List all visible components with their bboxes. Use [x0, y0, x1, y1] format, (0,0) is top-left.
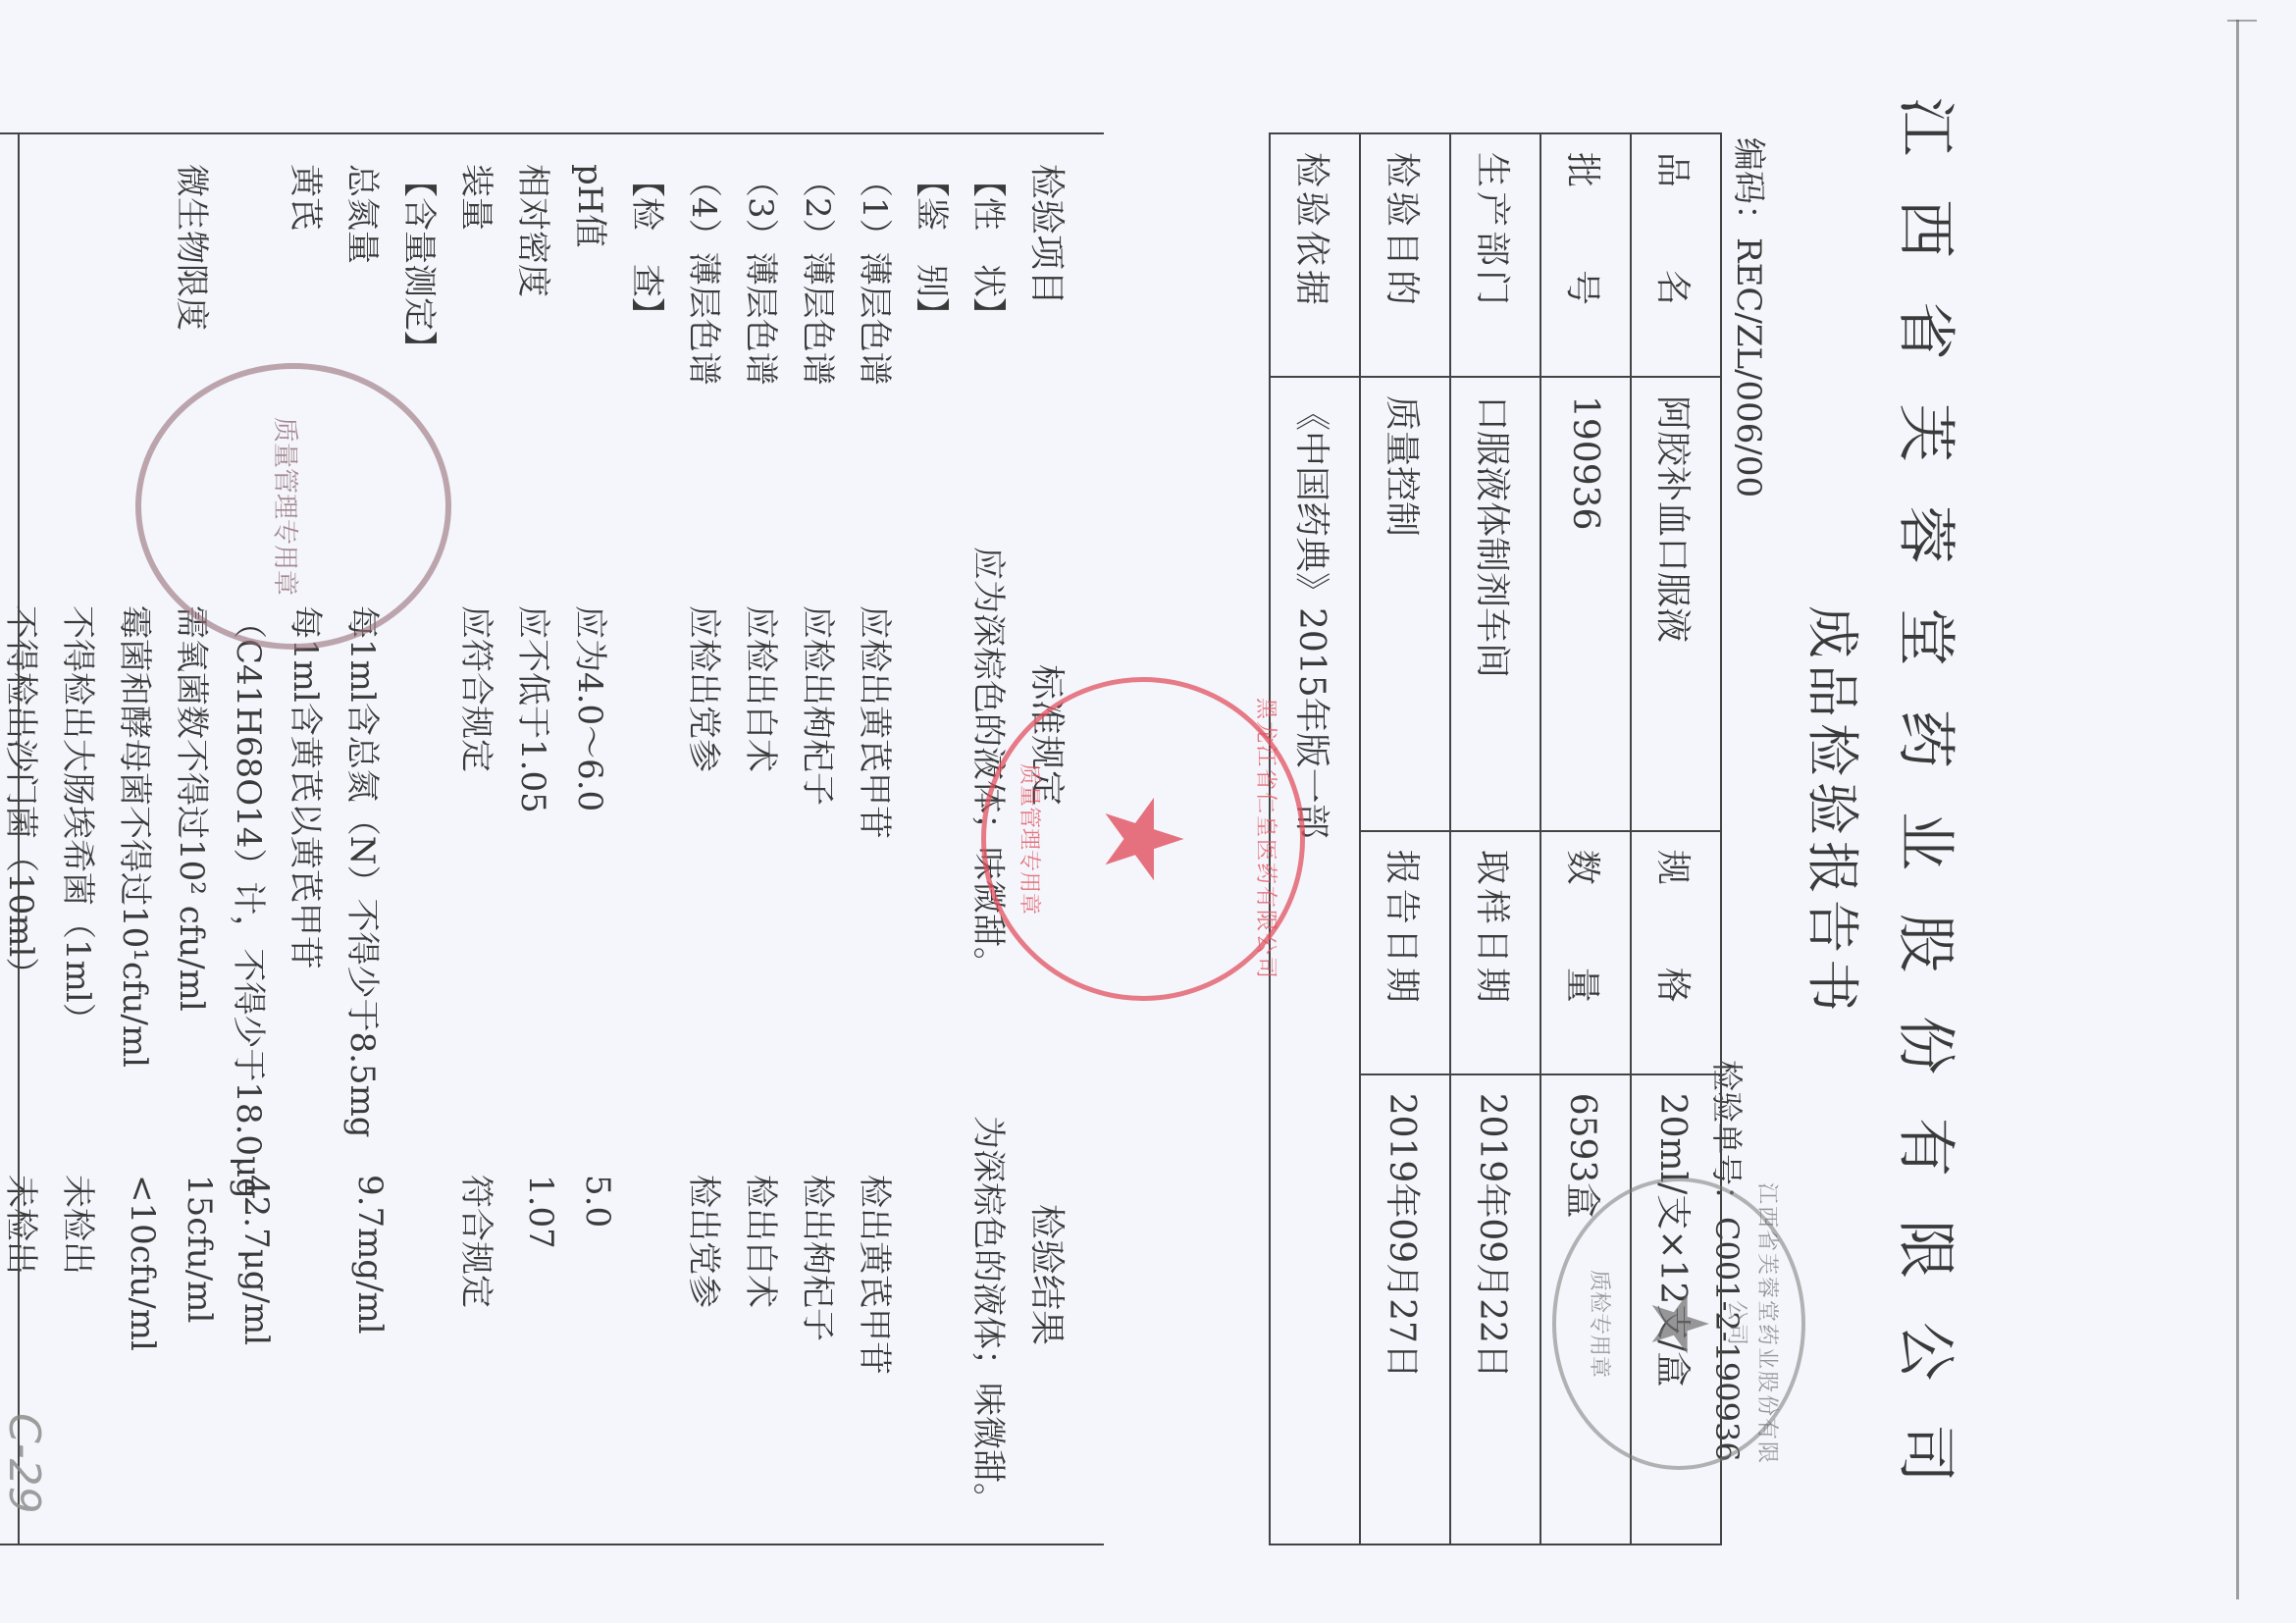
col-item-header: 检验项目	[1024, 164, 1074, 305]
result-result: 检出党参	[683, 1175, 731, 1308]
info-row: 生产部门 口服液体制剂车间 取样日期 2019年09月22日	[1450, 133, 1540, 1544]
doc-code: 编码：REC/ZL/006/00	[1728, 137, 1776, 497]
result-item: 【鉴 别】	[911, 164, 959, 331]
result-result: <10cfu/ml	[123, 1175, 162, 1351]
result-standard: 应检出白术	[740, 605, 788, 772]
handwritten-note: C-29	[0, 1413, 49, 1514]
result-standard: 应不低于1.05	[512, 605, 560, 813]
report-date: 2019年09月27日	[1360, 1074, 1450, 1544]
basis: 《中国药典》2015年版一部	[1270, 377, 1360, 1544]
result-standard: 每1ml含总氮（N）不得少于8.5mg	[341, 605, 390, 1138]
col-result-header: 检验结果	[1024, 1204, 1074, 1345]
result-result: 检出黄芪甲苷	[854, 1175, 902, 1375]
result-item: （4）薄层色谱	[683, 164, 731, 386]
result-result: 为深棕色的液体；味微甜。	[967, 1116, 1016, 1516]
result-result: 符合规定	[455, 1175, 503, 1308]
report-title: 成品检验报告书	[1799, 0, 1874, 1623]
result-item: 总氮量	[341, 164, 390, 264]
result-item: 黄芪	[285, 164, 333, 231]
result-result: 9.7mg/ml	[350, 1175, 390, 1335]
result-item: 【性 状】	[967, 164, 1016, 331]
result-standard: 每1ml含黄芪以黄芪甲苷	[285, 605, 333, 969]
gray-company-stamp: 江西省芙蓉堂药业股份有限公司 ★ 质检专用章	[1552, 1178, 1805, 1470]
result-standard: （C41H68O14）计，不得少于18.0μg	[228, 605, 276, 1199]
result-result: 42.7μg/ml	[236, 1175, 276, 1345]
sample-date: 2019年09月22日	[1450, 1074, 1540, 1544]
result-standard: 不得检出大肠埃希菌（1ml）	[57, 605, 105, 1036]
result-item: 装量	[455, 164, 503, 231]
result-result: 15cfu/ml	[180, 1175, 219, 1323]
conclusion: 结论：本品按《中国药典》2015年版一部检验，结果符合规定。	[0, 132, 20, 1545]
result-result: 检出白术	[740, 1175, 788, 1308]
result-item: 【检 查】	[626, 164, 674, 331]
result-standard: 应符合规定	[455, 605, 503, 772]
results-section: 检验项目 标准规定 检验结果 【性 状】应为深棕色的液体；味微甜。为深棕色的液体…	[0, 132, 1104, 1545]
purpose: 质量控制	[1360, 377, 1450, 831]
result-item: pH值	[569, 164, 617, 247]
result-standard: 应为4.0～6.0	[569, 605, 617, 811]
result-item: 微生物限度	[171, 164, 219, 331]
result-item: （3）薄层色谱	[740, 164, 788, 386]
red-company-stamp: 黑龙江省仁皇医药有限公司 ★ 质量管理专用章	[981, 677, 1305, 1001]
result-item: （2）薄层色谱	[797, 164, 845, 386]
result-item: （1）薄层色谱	[854, 164, 902, 386]
star-icon: ★	[1640, 1288, 1718, 1359]
quality-stamp: 质量管理专用章	[135, 363, 451, 650]
result-item: 【含量测定】	[398, 164, 446, 364]
star-icon: ★	[1089, 791, 1197, 888]
result-standard: 应检出党参	[683, 605, 731, 772]
company-name: 江西省芙蓉堂药业股份有限公司	[1888, 0, 1972, 1623]
inspection-report-page: 江西省芙蓉堂药业股份有限公司 成品检验报告书 编码：REC/ZL/006/00 …	[0, 0, 2296, 1623]
result-item: 相对密度	[512, 164, 560, 297]
result-standard: 应检出黄芪甲苷	[854, 605, 902, 839]
result-standard: 霉菌和酵母菌不得过10¹cfu/ml	[114, 605, 162, 1068]
production-dept: 口服液体制剂车间	[1450, 377, 1540, 831]
batch-number: 190936	[1540, 377, 1631, 831]
result-standard: 需氧菌数不得过10² cfu/ml	[171, 605, 219, 1012]
result-result: 未检出	[57, 1175, 105, 1275]
result-result: 1.07	[521, 1175, 560, 1249]
info-row: 检验目的 质量控制 报告日期 2019年09月27日	[1360, 133, 1450, 1544]
product-name: 阿胶补血口服液	[1631, 377, 1721, 831]
result-result: 检出枸杞子	[797, 1175, 845, 1341]
result-result: 5.0	[578, 1175, 617, 1228]
result-standard: 应检出枸杞子	[797, 605, 845, 806]
